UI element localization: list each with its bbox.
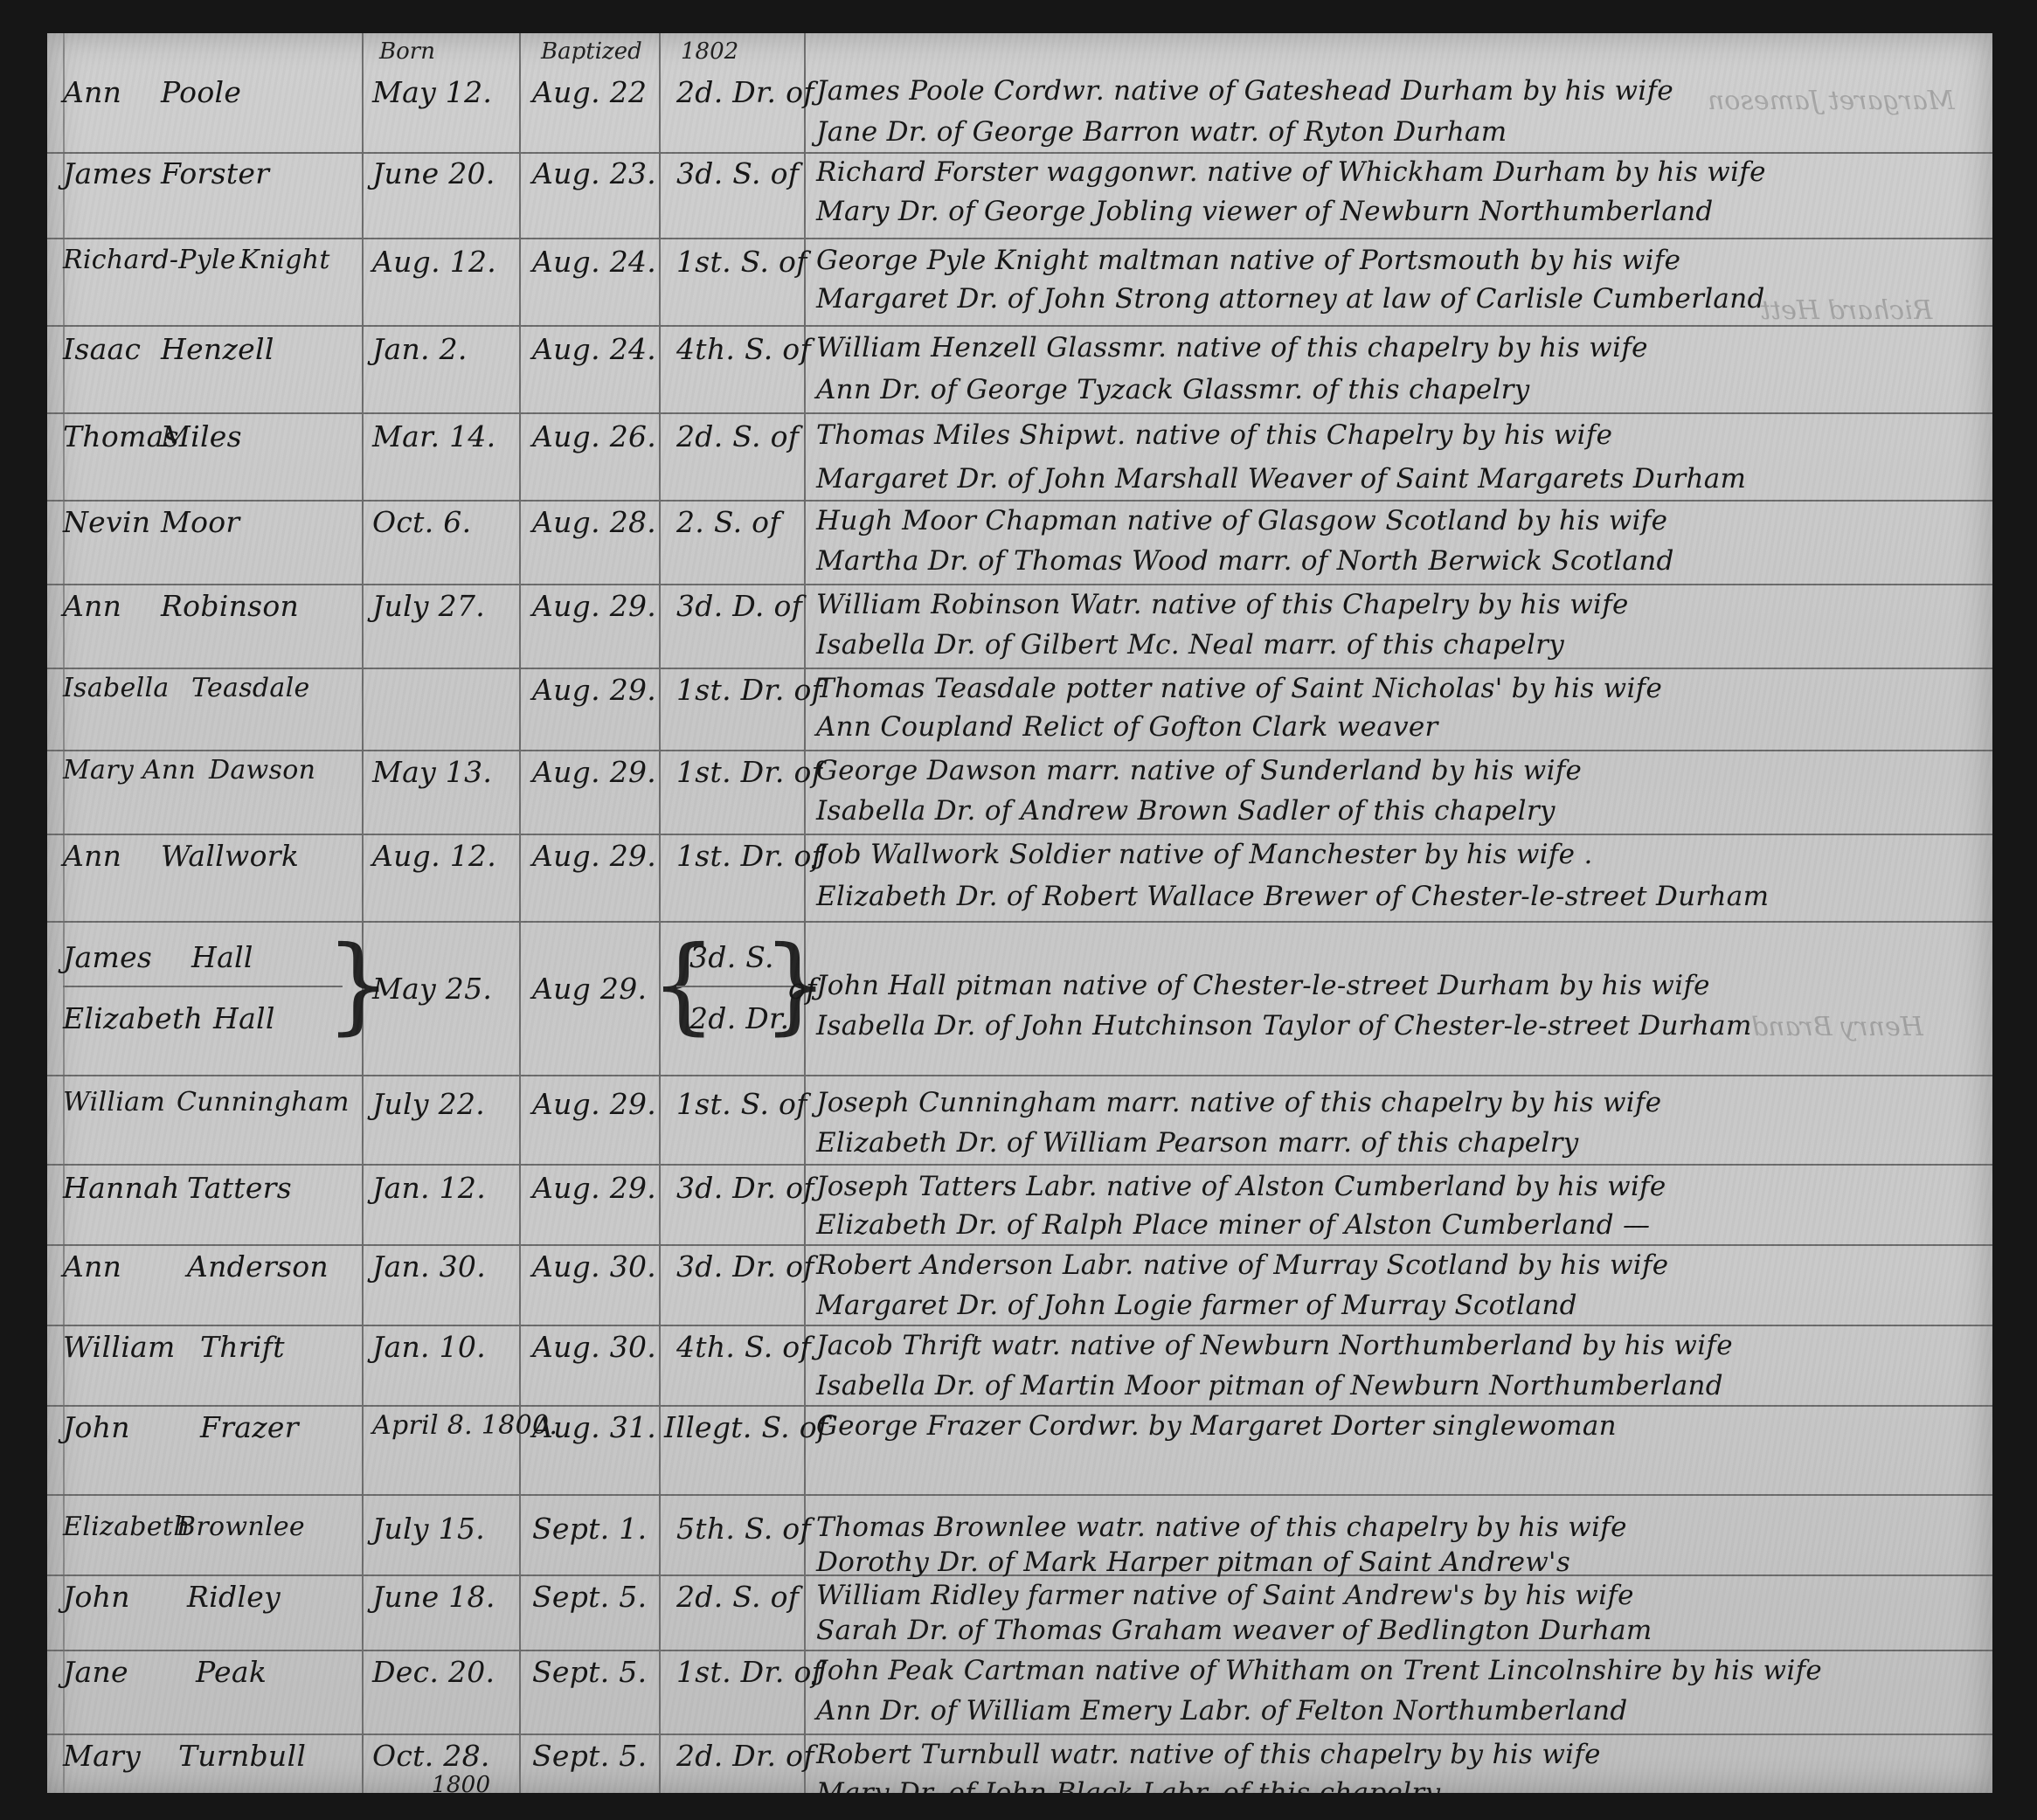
register-entry: Isabella Teasdale Aug. 29. 1st. Dr. of T… [47, 668, 1992, 751]
birth-date: Mar. 14. [372, 419, 495, 453]
father-line: Robert Turnbull watr. native of this cha… [816, 1739, 1601, 1770]
child-surname: Tatters [187, 1171, 292, 1205]
relation: Illegt. S. of [664, 1410, 828, 1444]
relation: 3d. Dr. of [676, 1249, 814, 1284]
relation: 1st. Dr. of [676, 673, 822, 707]
mother-line: Sarah Dr. of Thomas Graham weaver of Bed… [816, 1615, 1652, 1646]
child-surname: Frazer [200, 1410, 299, 1444]
father-line: William Ridley farmer native of Saint An… [816, 1580, 1634, 1611]
baptism-date: Aug. 31. [532, 1410, 656, 1444]
mother-line: Isabella Dr. of Gilbert Mc. Neal marr. o… [816, 629, 1564, 661]
baptism-date: Aug. 28. [532, 505, 656, 539]
register-page: Margaret Jameson Richard Hett Henry Bran… [47, 33, 1992, 1793]
child-forename: James [63, 940, 152, 974]
register-entry: Hannah Tatters Jan. 12. Aug. 29. 3d. Dr.… [47, 1164, 1992, 1246]
child-surname: Knight [239, 245, 330, 275]
register-entry-twins: James Hall Elizabeth Hall } May 25. Aug … [47, 921, 1992, 1076]
birth-date: June 20. [372, 156, 495, 190]
twin-separator [63, 986, 343, 987]
child-forename: Elizabeth [63, 1512, 191, 1542]
baptism-date: Aug. 26. [532, 419, 656, 453]
father-line: Joseph Tatters Labr. native of Alston Cu… [816, 1171, 1666, 1202]
relation: 2. S. of [676, 505, 780, 539]
relation: 2d. S. of [676, 419, 799, 453]
child-forename: Hannah [63, 1171, 180, 1205]
father-line: Hugh Moor Chapman native of Glasgow Scot… [816, 505, 1667, 536]
child-surname: Miles [161, 419, 242, 453]
baptism-date: Sept. 5. [532, 1580, 647, 1614]
child-surname: Forster [161, 156, 269, 190]
relation: 3d. D. of [676, 589, 802, 623]
baptism-date: Sept. 5. [532, 1739, 647, 1773]
birth-date: Oct. 6. [372, 505, 471, 539]
register-entry: Nevin Moor Oct. 6. Aug. 28. 2. S. of Hug… [47, 500, 1992, 585]
child-forename: James [63, 156, 152, 190]
child-surname: Ridley [187, 1580, 281, 1614]
child-forename: Ann [63, 1249, 121, 1284]
baptism-date: Aug 29. [532, 972, 647, 1006]
register-entry: John Frazer April 8. 1800. Aug. 31. Ille… [47, 1405, 1992, 1496]
birth-date: July 15. [372, 1512, 485, 1546]
register-entry: William Thrift Jan. 10. Aug. 30. 4th. S.… [47, 1325, 1992, 1407]
child-surname: Robinson [161, 589, 299, 623]
child-surname: Brownlee [177, 1512, 305, 1542]
child-forename: Mary [63, 1739, 141, 1773]
register-entry: Ann Robinson July 27. Aug. 29. 3d. D. of… [47, 584, 1992, 669]
register-entry: John Ridley June 18. Sept. 5. 2d. S. of … [47, 1574, 1992, 1651]
birth-date: May 12. [372, 75, 492, 109]
baptism-date: Aug. 29. [532, 1087, 656, 1121]
birth-date: Jan. 30. [372, 1249, 486, 1284]
register-entry: Ann Wallwork Aug. 12. Aug. 29. 1st. Dr. … [47, 834, 1992, 923]
child-surname: Henzell [161, 332, 274, 366]
father-line: Richard Forster waggonwr. native of Whic… [816, 156, 1766, 188]
father-line: Thomas Teasdale potter native of Saint N… [816, 673, 1662, 704]
baptism-date: Sept. 1. [532, 1512, 647, 1546]
mother-line: Mary Dr. of George Jobling viewer of New… [816, 196, 1714, 227]
mother-line: Isabella Dr. of John Hutchinson Taylor o… [816, 1010, 1752, 1041]
birth-date: Oct. 28. [372, 1739, 490, 1773]
child-surname: Hall [191, 940, 253, 974]
mother-line: Dorothy Dr. of Mark Harper pitman of Sai… [816, 1547, 1570, 1578]
child-forename: John [63, 1580, 130, 1614]
birth-date: Aug. 12. [372, 839, 496, 873]
child-forename: Richard-Pyle [63, 245, 236, 275]
birth-date: Jan. 2. [372, 332, 468, 366]
father-line: Job Wallwork Soldier native of Mancheste… [816, 839, 1593, 870]
father-line: William Robinson Watr. native of this Ch… [816, 589, 1629, 620]
relation: 2d. Dr. of [676, 75, 814, 109]
mother-line: Mary Dr. of John Black Labr. of this cha… [816, 1777, 1440, 1793]
register-entry: James Forster June 20. Aug. 23. 3d. S. o… [47, 152, 1992, 239]
register-entry: Mary Ann Dawson May 13. Aug. 29. 1st. Dr… [47, 750, 1992, 835]
mother-line: Ann Dr. of George Tyzack Glassmr. of thi… [816, 374, 1530, 405]
relation: 4th. S. of [676, 332, 811, 366]
baptism-date: Aug. 30. [532, 1249, 656, 1284]
child-surname: Dawson [209, 755, 315, 785]
relation: 1st. S. of [676, 245, 807, 279]
mother-line: Ann Dr. of William Emery Labr. of Felton… [816, 1695, 1628, 1727]
baptism-date: Aug. 24. [532, 245, 656, 279]
baptism-date: Aug. 29. [532, 1171, 656, 1205]
mother-line: Margaret Dr. of John Marshall Weaver of … [816, 463, 1746, 495]
birth-date: Jan. 10. [372, 1330, 486, 1364]
mother-line: Elizabeth Dr. of William Pearson marr. o… [816, 1127, 1579, 1159]
child-surname: Anderson [187, 1249, 329, 1284]
birth-date: Aug. 12. [372, 245, 496, 279]
father-line: John Hall pitman native of Chester-le-st… [816, 970, 1710, 1001]
father-line: George Pyle Knight maltman native of Por… [816, 245, 1680, 276]
child-forename: Ann [63, 589, 121, 623]
baptism-date: Aug. 29. [532, 839, 656, 873]
child-forename: William [63, 1330, 176, 1364]
birth-year: 1800 [432, 1772, 490, 1793]
child-forename: John [63, 1410, 130, 1444]
register-entry: Elizabeth Brownlee July 15. Sept. 1. 5th… [47, 1494, 1992, 1576]
child-forename: Jane [63, 1655, 128, 1689]
relation: 3d. S. of [676, 156, 799, 190]
child-forename: Isabella [63, 673, 170, 703]
register-entry: Mary Turnbull Oct. 28. 1800 Sept. 5. 2d.… [47, 1733, 1992, 1793]
child-surname: Moor [161, 505, 240, 539]
child-surname: Wallwork [161, 839, 299, 873]
child-surname: Turnbull [178, 1739, 306, 1773]
register-entry: William Cunningham July 22. Aug. 29. 1st… [47, 1075, 1992, 1166]
baptism-date: Aug. 22 [532, 75, 647, 109]
register-entry: Thomas Miles Mar. 14. Aug. 26. 2d. S. of… [47, 412, 1992, 502]
relation: 1st. Dr. of [676, 755, 822, 789]
father-line: Thomas Miles Shipwt. native of this Chap… [816, 419, 1612, 451]
register-entry: Richard-Pyle Knight Aug. 12. Aug. 24. 1s… [47, 238, 1992, 327]
child-forename: Ann [63, 75, 121, 109]
child-surname: Peak [196, 1655, 267, 1689]
birth-date: May 13. [372, 755, 492, 789]
birth-date: June 18. [372, 1580, 495, 1614]
baptism-date: Aug. 29. [532, 589, 656, 623]
father-line: Jacob Thrift watr. native of Newburn Nor… [816, 1330, 1733, 1361]
mother-line: Ann Coupland Relict of Gofton Clark weav… [816, 711, 1438, 743]
birth-date: July 22. [372, 1087, 485, 1121]
relation: 2d. Dr. of [676, 1739, 814, 1773]
baptism-date: Aug. 23. [532, 156, 656, 190]
relation: 5th. S. of [676, 1512, 811, 1546]
child-forename: Isaac [63, 332, 141, 366]
relation: 4th. S. of [676, 1330, 811, 1364]
baptism-date: Aug. 24. [532, 332, 656, 366]
relation-of: of [788, 972, 817, 1006]
birth-date: Dec. 20. [372, 1655, 495, 1689]
father-line: James Poole Cordwr. native of Gateshead … [816, 75, 1673, 107]
birth-date: May 25. [372, 972, 492, 1006]
mother-line: Margaret Dr. of John Logie farmer of Mur… [816, 1290, 1577, 1321]
register-entry: Ann Poole May 12. Aug. 22 2d. Dr. of Jam… [47, 33, 1992, 154]
mother-line: Margaret Dr. of John Strong attorney at … [816, 283, 1765, 315]
father-line: Thomas Brownlee watr. native of this cha… [816, 1512, 1627, 1543]
baptism-date: Aug. 29. [532, 673, 656, 707]
child-surname: Thrift [200, 1330, 285, 1364]
mother-line: Elizabeth Dr. of Ralph Place miner of Al… [816, 1209, 1650, 1241]
register-entry: Isaac Henzell Jan. 2. Aug. 24. 4th. S. o… [47, 325, 1992, 414]
father-line: John Peak Cartman native of Whitham on T… [816, 1655, 1822, 1686]
father-line: George Frazer Cordwr. by Margaret Dorter… [816, 1410, 1617, 1442]
father-line: George Dawson marr. native of Sunderland… [816, 755, 1582, 786]
relation: 1st. Dr. of [676, 839, 822, 873]
child-surname: Hall [213, 1001, 275, 1035]
child-forename: Nevin [63, 505, 150, 539]
child-forename: William [63, 1087, 165, 1118]
relation: 2d. S. of [676, 1580, 799, 1614]
child-forename: Mary Ann [63, 755, 196, 785]
register-entry: Jane Peak Dec. 20. Sept. 5. 1st. Dr. of … [47, 1650, 1992, 1735]
father-line: Joseph Cunningham marr. native of this c… [816, 1087, 1661, 1118]
child-forename: Ann [63, 839, 121, 873]
child-surname: Teasdale [191, 673, 310, 703]
father-line: William Henzell Glassmr. native of this … [816, 332, 1648, 363]
mother-line: Martha Dr. of Thomas Wood marr. of North… [816, 545, 1674, 577]
mother-line: Isabella Dr. of Andrew Brown Sadler of t… [816, 795, 1555, 827]
relation: 1st. Dr. of [676, 1655, 822, 1689]
baptism-date: Aug. 30. [532, 1330, 656, 1364]
child-surname: Poole [161, 75, 241, 109]
birth-date: Jan. 12. [372, 1171, 486, 1205]
birth-date: April 8. 1800. [372, 1410, 558, 1441]
register-entry: Ann Anderson Jan. 30. Aug. 30. 3d. Dr. o… [47, 1244, 1992, 1326]
baptism-date: Aug. 29. [532, 755, 656, 789]
father-line: Robert Anderson Labr. native of Murray S… [816, 1249, 1668, 1281]
birth-date: July 27. [372, 589, 485, 623]
mother-line: Isabella Dr. of Martin Moor pitman of Ne… [816, 1370, 1723, 1401]
baptism-date: Sept. 5. [532, 1655, 647, 1689]
child-surname: Cunningham [177, 1087, 350, 1118]
mother-line: Jane Dr. of George Barron watr. of Ryton… [816, 116, 1507, 148]
relation: 3d. Dr. of [676, 1171, 814, 1205]
relation: 1st. S. of [676, 1087, 807, 1121]
mother-line: Elizabeth Dr. of Robert Wallace Brewer o… [816, 881, 1769, 912]
child-forename: Elizabeth [63, 1001, 203, 1035]
